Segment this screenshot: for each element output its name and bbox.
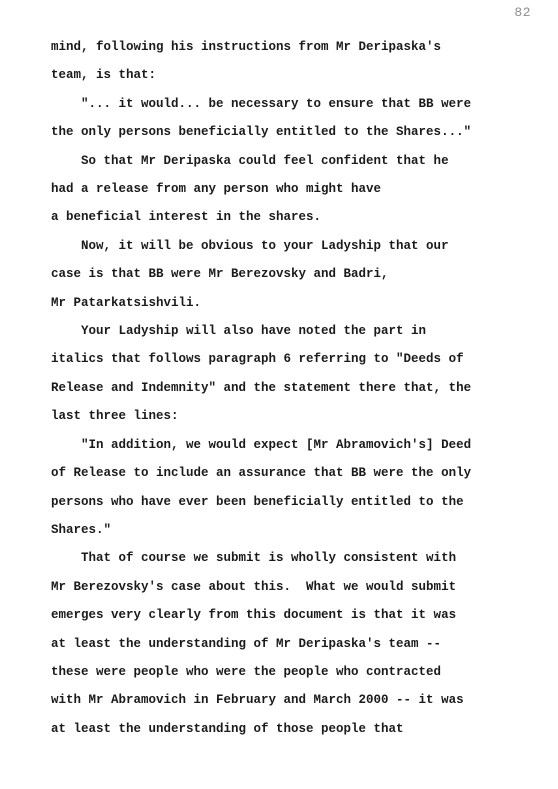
- transcript-line: of Release to include an assurance that …: [51, 459, 548, 487]
- transcript-line: persons who have ever been beneficially …: [51, 488, 548, 516]
- transcript-content: mind, following his instructions from Mr…: [51, 33, 548, 743]
- transcript-line: "In addition, we would expect [Mr Abramo…: [51, 431, 548, 459]
- page-number: 82: [514, 5, 531, 20]
- transcript-line: these were people who were the people wh…: [51, 658, 548, 686]
- transcript-line: italics that follows paragraph 6 referri…: [51, 345, 548, 373]
- transcript-line: emerges very clearly from this document …: [51, 601, 548, 629]
- transcript-line: at least the understanding of Mr Deripas…: [51, 630, 548, 658]
- transcript-line: Release and Indemnity" and the statement…: [51, 374, 548, 402]
- transcript-line: Now, it will be obvious to your Ladyship…: [51, 232, 548, 260]
- transcript-line: Mr Patarkatsishvili.: [51, 289, 548, 317]
- transcript-line: a beneficial interest in the shares.: [51, 203, 548, 231]
- transcript-line: at least the understanding of those peop…: [51, 715, 548, 743]
- transcript-line: Mr Berezovsky's case about this. What we…: [51, 573, 548, 601]
- document-page: 82 mind, following his instructions from…: [0, 0, 558, 789]
- transcript-line: So that Mr Deripaska could feel confiden…: [51, 147, 548, 175]
- transcript-line: with Mr Abramovich in February and March…: [51, 686, 548, 714]
- transcript-line: That of course we submit is wholly consi…: [51, 544, 548, 572]
- transcript-line: Your Ladyship will also have noted the p…: [51, 317, 548, 345]
- transcript-line: last three lines:: [51, 402, 548, 430]
- transcript-line: team, is that:: [51, 61, 548, 89]
- transcript-line: mind, following his instructions from Mr…: [51, 33, 548, 61]
- transcript-line: the only persons beneficially entitled t…: [51, 118, 548, 146]
- transcript-line: Shares.": [51, 516, 548, 544]
- transcript-line: "... it would... be necessary to ensure …: [51, 90, 548, 118]
- transcript-line: case is that BB were Mr Berezovsky and B…: [51, 260, 548, 288]
- transcript-line: had a release from any person who might …: [51, 175, 548, 203]
